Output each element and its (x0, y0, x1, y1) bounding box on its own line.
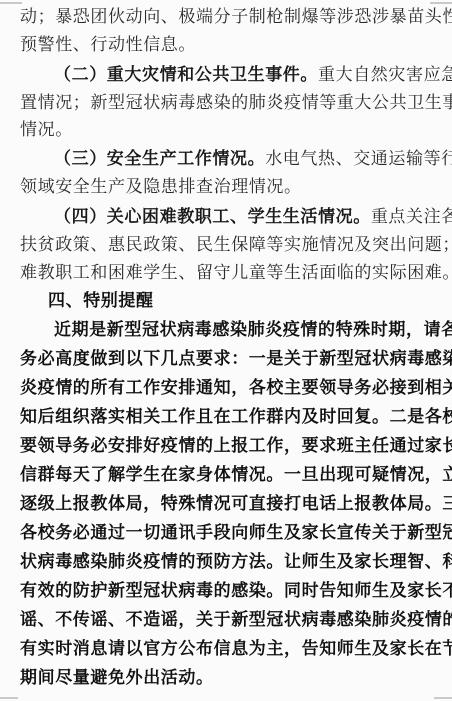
page-edge (0, 2, 22, 4)
subsection-3: （三）安全生产工作情况。水电气热、交通运输等行业 (54, 148, 452, 170)
subsection-heading: （二）重大灾情和公共卫生事件。 (54, 65, 318, 85)
bold-text-line: 知后组织落实相关工作且在工作群内及时回复。二是各校主 (20, 406, 440, 428)
bold-text-line: 炎疫情的所有工作安排通知，各校主要领导务必接到相关通 (20, 377, 440, 399)
bold-text-line: 谣、不传谣、不造谣，关于新型冠状病毒感染肺炎疫情的所 (20, 609, 440, 631)
subsection-heading: （四）关心困难教职工、学生生活情况。 (54, 207, 371, 227)
document-page: 动；暴恐团伙动向、极端分子制枪制爆等涉恐涉暴苗头性、 预警性、行动性信息。 （二… (0, 0, 452, 701)
text-line: 情况。 (20, 119, 440, 141)
subsection-text: 水电气热、交通运输等行业 (265, 149, 452, 169)
bold-text-line: 有效的防护新型冠状病毒的感染。同时告知师生及家长不信 (20, 580, 440, 602)
text-line: 扶贫政策、惠民政策、民生保障等实施情况及突出问题；困 (20, 234, 440, 256)
subsection-text: 重大自然灾害应急处 (318, 65, 452, 85)
subsection-2: （二）重大灾情和公共卫生事件。重大自然灾害应急处 (54, 64, 452, 86)
subsection-4: （四）关心困难教职工、学生生活情况。重点关注各项 (54, 206, 452, 228)
bold-text-line: 信群每天了解学生在家身体情况。一旦出现可疑情况，立马 (20, 464, 440, 486)
text-line: 动；暴恐团伙动向、极端分子制枪制爆等涉恐涉暴苗头性、 (20, 6, 440, 28)
bold-text-line: 要领导务必安排好疫情的上报工作，要求班主任通过家长微 (20, 435, 440, 457)
bold-text-line: 各校务必通过一切通讯手段向师生及家长宣传关于新型冠 (20, 522, 440, 544)
bold-text-line: 状病毒感染肺炎疫情的预防方法。让师生及家长理智、科学、 (20, 551, 440, 573)
bold-text-line: 务必高度做到以下几点要求：一是关于新型冠状病毒感染肺 (20, 348, 440, 370)
subsection-text: 重点关注各项 (371, 207, 452, 227)
text-line: 置情况；新型冠状病毒感染的肺炎疫情等重大公共卫生事件 (20, 92, 440, 114)
text-line: 领域安全生产及隐患排查治理情况。 (20, 176, 440, 198)
page-edge (430, 2, 452, 4)
page-edge (0, 697, 18, 699)
bold-text-line: 近期是新型冠状病毒感染肺炎疫情的特殊时期，请各校 (54, 319, 452, 341)
bold-text-line: 期间尽量避免外出活动。 (20, 667, 440, 689)
bold-text-line: 有实时消息请以官方公布信息为主，告知师生及家长在节日 (20, 638, 440, 660)
section-title: 四、特别提醒 (48, 290, 452, 312)
text-line: 预警性、行动性信息。 (20, 34, 440, 56)
text-line: 难教职工和困难学生、留守儿童等生活面临的实际困难。 (20, 262, 440, 284)
bold-text-line: 逐级上报教体局，特殊情况可直接打电话上报教体局。三是 (20, 493, 440, 515)
subsection-heading: （三）安全生产工作情况。 (54, 149, 265, 169)
page-edge (434, 697, 452, 699)
